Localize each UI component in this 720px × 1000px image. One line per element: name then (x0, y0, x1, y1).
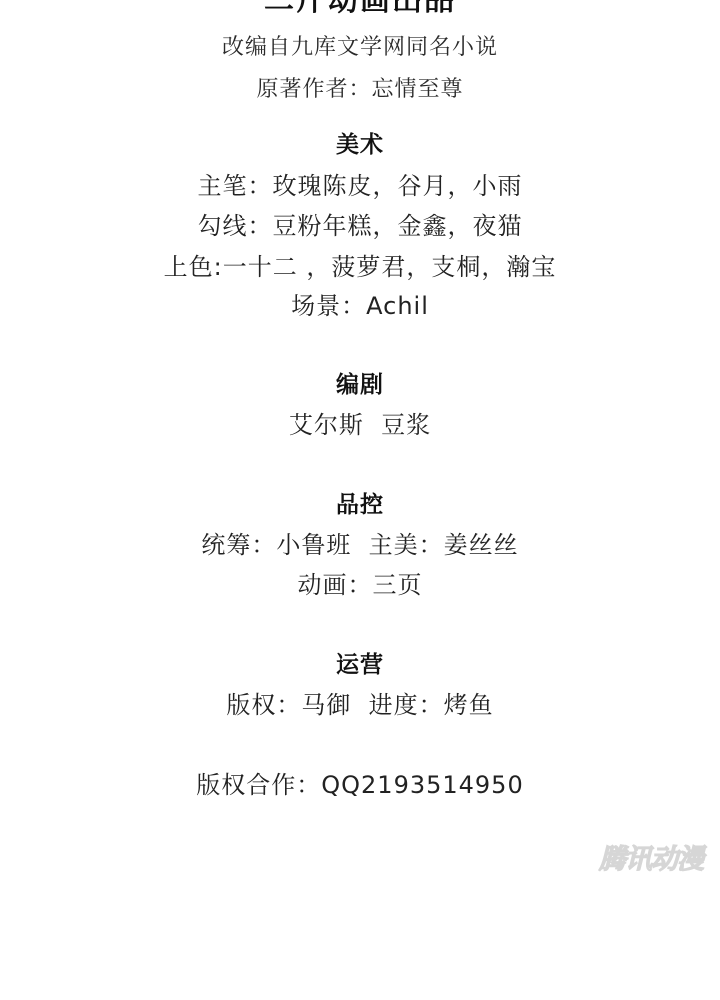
credit-line-lead-artist: 主笔：玫瑰陈皮，谷月，小雨 (0, 174, 720, 198)
credit-line-coordination: 统筹：小鲁班 主美：姜丝丝 (0, 533, 720, 557)
section-heading-script: 编剧 (0, 374, 720, 397)
section-heading-quality: 品控 (0, 494, 720, 517)
copyright-contact: 版权合作：QQ2193514950 (0, 773, 720, 797)
section-heading-operations: 运营 (0, 654, 720, 677)
credit-line-animation: 动画：三页 (0, 573, 720, 597)
studio-title: 二斤动画出品 (0, 0, 720, 16)
credit-line-rights-progress: 版权：马御 进度：烤鱼 (0, 693, 720, 717)
credit-line-lineart: 勾线：豆粉年糕，金鑫，夜猫 (0, 214, 720, 238)
tencent-comic-watermark: 腾讯动漫 (594, 843, 708, 877)
adaptation-note: 改编自九库文学网同名小说 (0, 37, 720, 59)
section-heading-art: 美术 (0, 134, 720, 157)
credit-line-writers: 艾尔斯 豆浆 (0, 413, 720, 437)
original-author: 原著作者：忘情至尊 (0, 79, 720, 101)
credit-line-coloring: 上色:一十二 ，菠萝君，支桐，瀚宝 (0, 255, 720, 279)
credit-line-scenes: 场景：Achil (0, 294, 720, 318)
